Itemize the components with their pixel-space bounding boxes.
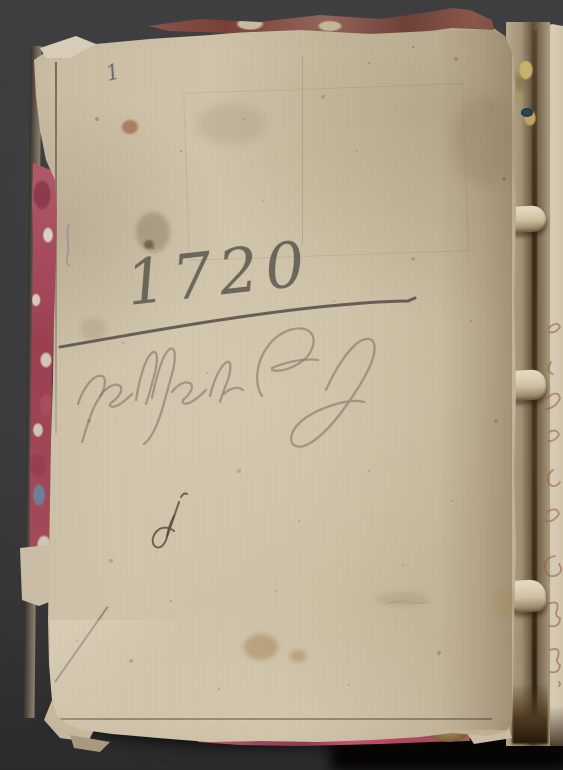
faint-smudge-writing [388,601,430,603]
kurrent-script-inscription: faded German Kurrent cursive inscription… [78,328,375,446]
facing-page-brown-writing: fragments of brown cursive writing and f… [545,324,561,686]
photo-stage: 1 1720 faded German Kurrent cursive insc… [0,0,563,770]
left-margin-blue-mark: faint blue vertical pen stroke near the … [67,224,70,266]
small-ink-scribble: small dark ink scribble lower left of ce… [153,493,187,547]
corner-page-number: 1 [103,59,122,86]
handwriting-layer: 1 1720 faded German Kurrent cursive insc… [0,0,563,770]
year-inscription: 1720 [122,226,315,320]
